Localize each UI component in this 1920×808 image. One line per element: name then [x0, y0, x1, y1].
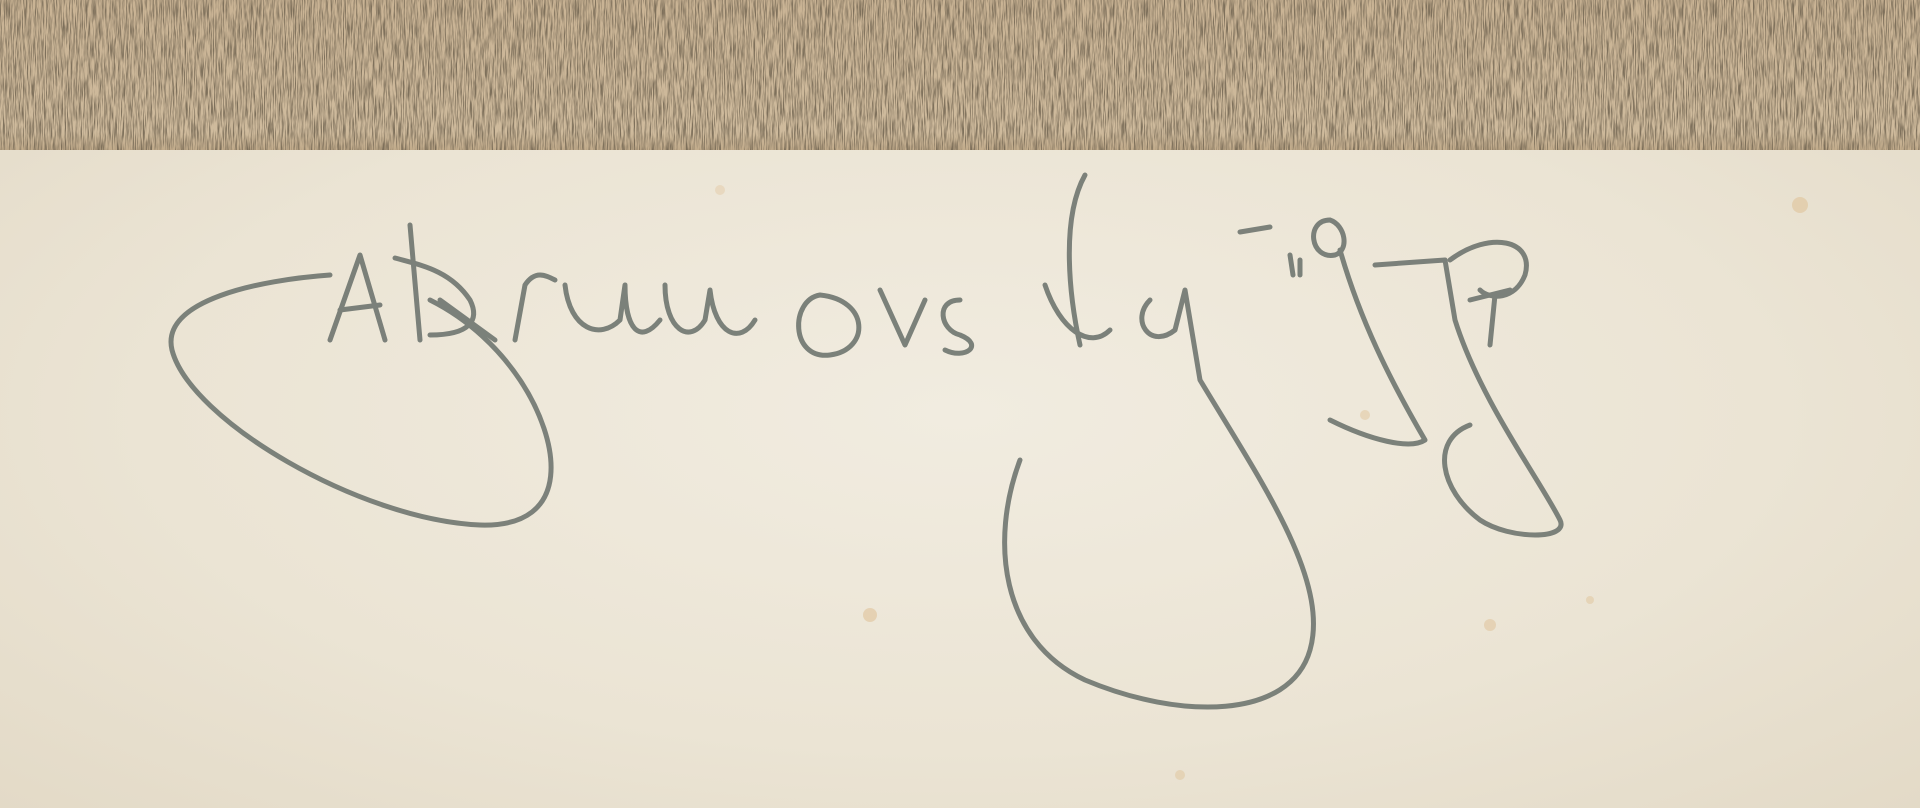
photo-scene: A. Krumovsky '1977 '1977 — [0, 0, 1920, 808]
pencil-signature — [0, 0, 1920, 808]
